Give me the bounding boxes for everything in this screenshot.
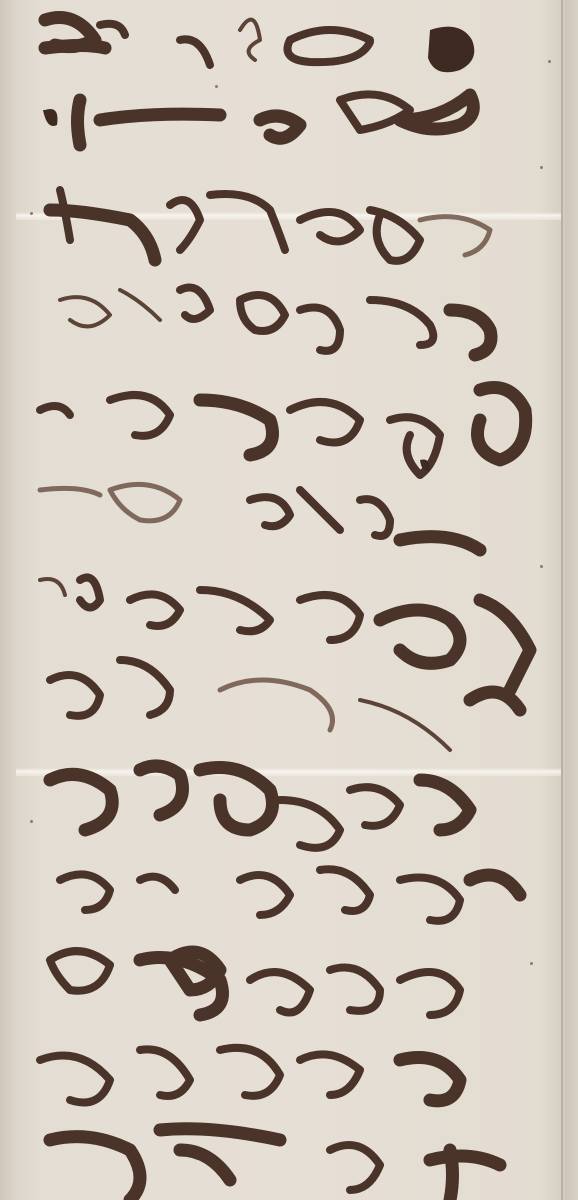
paper-speck bbox=[540, 166, 543, 169]
paper-speck bbox=[530, 962, 533, 965]
calligraphy-ink-strokes bbox=[0, 0, 578, 1200]
paper-speck bbox=[548, 60, 551, 63]
paper-speck bbox=[540, 565, 543, 568]
paper-speck bbox=[30, 212, 33, 215]
paper-speck bbox=[215, 85, 218, 88]
paper-speck bbox=[30, 820, 33, 823]
calligraphy-scroll bbox=[0, 0, 578, 1200]
